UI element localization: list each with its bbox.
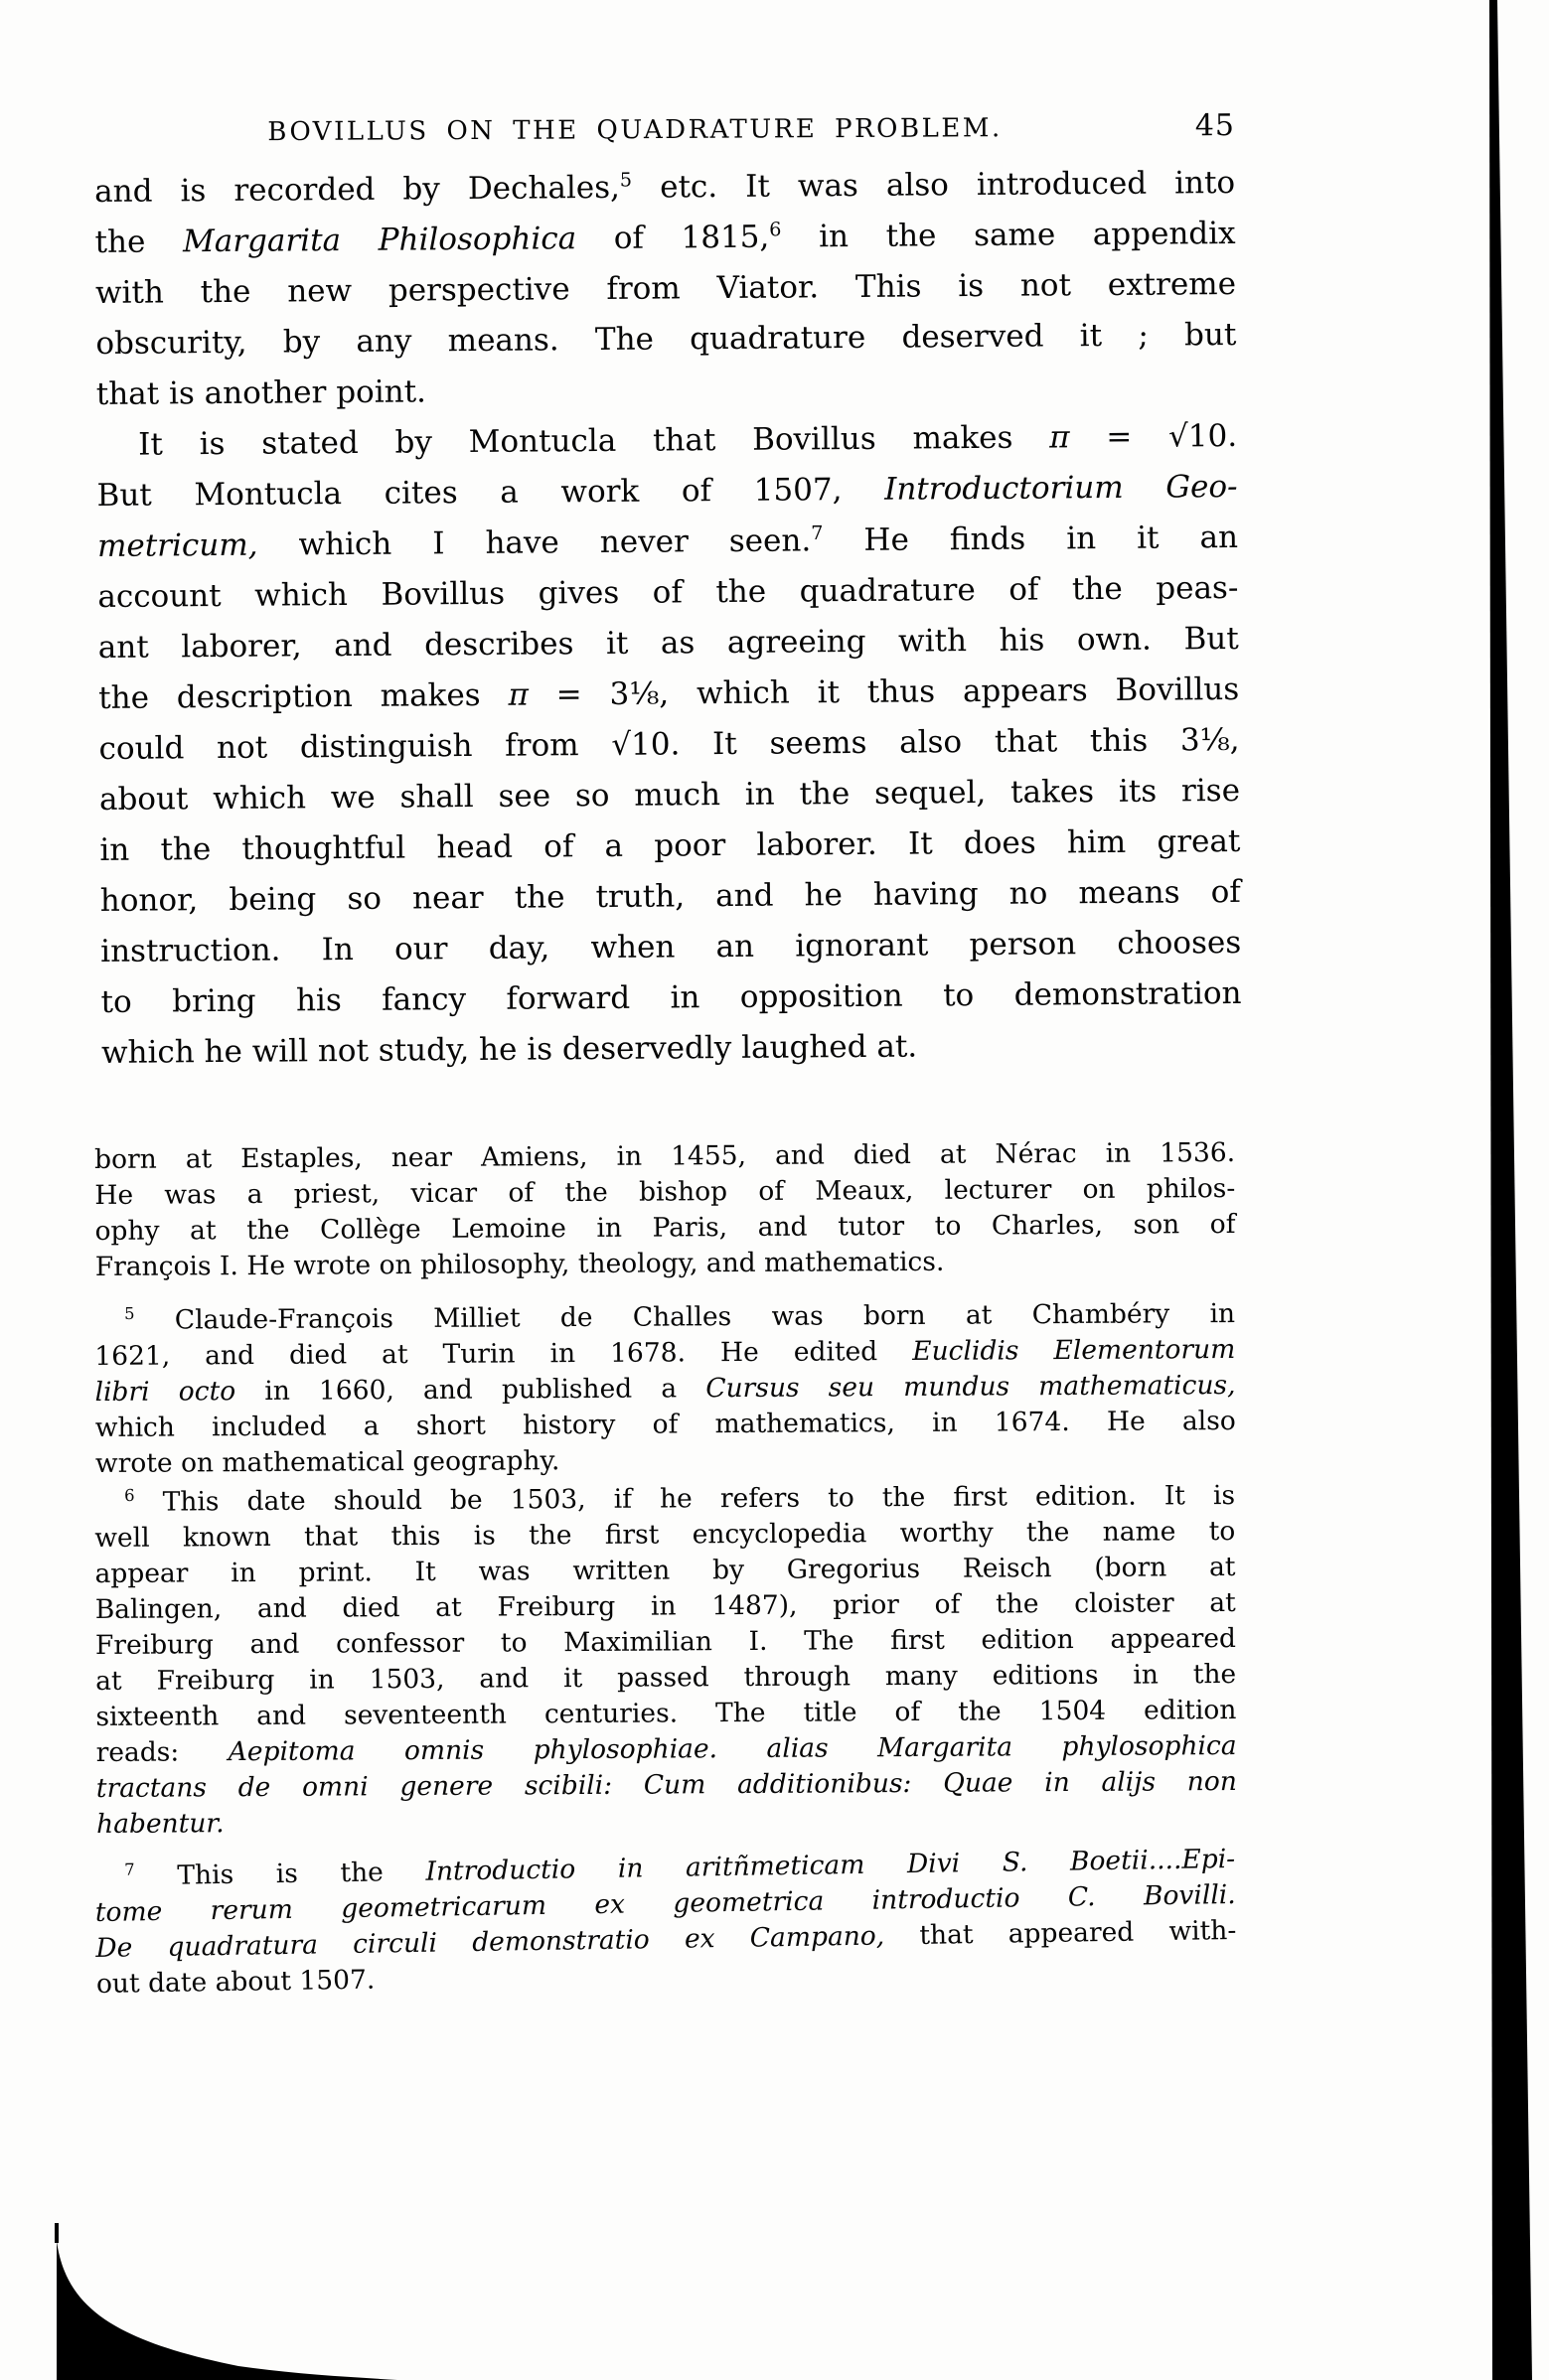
text-line: ophy at the Collège Lemoine in Paris, an…	[94, 1207, 1235, 1250]
text-segment: Introductorium Geo-	[884, 469, 1238, 508]
text-segment: He was a priest, vicar of the bishop of …	[94, 1173, 1235, 1211]
text-segment: π	[508, 677, 529, 713]
text-segment: with the new perspective from Viator. Th…	[95, 266, 1236, 311]
text-line: account which Bovillus gives of the quad…	[97, 563, 1238, 623]
paragraph: 7 This is the Introductio in aritñmetica…	[94, 1842, 1237, 2003]
text-line: in the thoughtful head of a poor laborer…	[99, 817, 1240, 876]
text-segment: = 3⅛, which it thus appears Bovillus	[529, 671, 1240, 713]
text-segment: at Freiburg in 1503, and it passed throu…	[95, 1659, 1236, 1697]
text-segment: Balingen, and died at Freiburg in 1487),…	[95, 1587, 1236, 1625]
text-segment: account which Bovillus gives of the quad…	[97, 570, 1238, 615]
text-line: and is recorded by Dechales,5 etc. It wa…	[94, 158, 1235, 218]
text-line: metricum, which I have never seen.7 He f…	[97, 513, 1238, 572]
text-line: which he will not study, he is deservedl…	[101, 1019, 1242, 1079]
text-segment: Euclidis Elementorum	[912, 1334, 1235, 1367]
paragraph: 6 This date should be 1503, if he refers…	[94, 1478, 1237, 1843]
text-line: François I. He wrote on philosophy, theo…	[95, 1243, 1236, 1285]
text-line: instruction. In our day, when an ignoran…	[100, 918, 1241, 977]
paragraph: 5 Claude-François Milliet de Challes was…	[94, 1296, 1236, 1482]
main-text-block: and is recorded by Dechales,5 etc. It wa…	[94, 158, 1242, 1079]
text-segment: which I have never seen.	[257, 522, 811, 562]
text-line: with the new perspective from Viator. Th…	[95, 259, 1236, 319]
text-segment: ant laborer, and describes it as agreein…	[98, 621, 1239, 666]
text-segment: in the thoughtful head of a poor laborer…	[99, 823, 1240, 868]
text-segment: that appeared with-	[884, 1915, 1237, 1952]
footnote-marker: 7	[811, 521, 823, 544]
text-segment: François I. He wrote on philosophy, theo…	[95, 1247, 945, 1282]
text-segment: ophy at the Collège Lemoine in Paris, an…	[94, 1209, 1235, 1247]
text-segment: in 1660, and published a	[235, 1373, 705, 1407]
text-segment: It is stated by Montucla that Bovillus m…	[138, 419, 1049, 462]
footnote-marker: 5	[620, 168, 632, 191]
text-segment: reads:	[96, 1736, 229, 1768]
text-line: could not distinguish from √10. It seems…	[98, 715, 1239, 775]
text-segment: out date about 1507.	[96, 1965, 376, 2000]
text-line: that is another point.	[96, 361, 1237, 420]
text-segment: Margarita Philosophica	[183, 221, 576, 259]
text-segment: about which we shall see so much in the …	[99, 773, 1240, 818]
text-segment: wrote on mathematical geography.	[95, 1445, 560, 1479]
text-segment: metricum,	[97, 527, 258, 564]
running-head-title: BOVILLUS ON THE QUADRATURE PROBLEM.	[94, 112, 1235, 148]
text-segment: = √10.	[1069, 418, 1237, 455]
text-segment: could not distinguish from √10. It seems…	[98, 722, 1239, 767]
text-segment: born at Estaples, near Amiens, in 1455, …	[94, 1137, 1235, 1175]
text-segment: appear in print. It was written by Grego…	[94, 1552, 1235, 1589]
text-line: It is stated by Montucla that Bovillus m…	[96, 411, 1237, 471]
text-segment: that is another point.	[96, 373, 426, 412]
footnote-marker: 5	[124, 1304, 135, 1323]
text-line: to bring his fancy forward in opposition…	[100, 968, 1241, 1028]
page-header: BOVILLUS ON THE QUADRATURE PROBLEM. 45	[94, 112, 1235, 148]
text-line: ant laborer, and describes it as agreein…	[98, 614, 1239, 673]
text-segment: habentur.	[96, 1808, 225, 1840]
text-segment: This is the	[134, 1857, 425, 1892]
text-line: tractans de omni genere scibili: Cum add…	[96, 1764, 1237, 1807]
text-line: habentur.	[96, 1800, 1237, 1843]
text-segment: But Montucla cites a work of 1507,	[96, 472, 884, 514]
text-segment: to bring his fancy forward in opposition…	[100, 975, 1241, 1020]
paragraph: It is stated by Montucla that Bovillus m…	[96, 411, 1242, 1079]
text-segment: tractans de omni genere scibili: Cum add…	[96, 1766, 1237, 1804]
text-line: the Margarita Philosophica of 1815,6 in …	[94, 209, 1235, 268]
text-segment: Freiburg and confessor to Maximilian I. …	[95, 1623, 1236, 1661]
footnote-continuation: born at Estaples, near Amiens, in 1455, …	[94, 1135, 1236, 1285]
text-segment: honor, being so near the truth, and he h…	[100, 874, 1241, 919]
paragraph: born at Estaples, near Amiens, in 1455, …	[94, 1135, 1236, 1285]
text-segment: well known that this is the first encycl…	[94, 1516, 1235, 1554]
scanned-book-page: BOVILLUS ON THE QUADRATURE PROBLEM. 45 a…	[0, 0, 1549, 2380]
ink-speck	[55, 2223, 59, 2243]
text-line: the description makes π = 3⅛, which it t…	[98, 665, 1239, 724]
ink-blot	[57, 2241, 397, 2380]
text-segment: sixteenth and seventeenth centuries. The…	[95, 1695, 1236, 1732]
text-segment: 1621, and died at Turin in 1678. He edit…	[94, 1336, 912, 1372]
text-segment: and is recorded by Dechales,	[94, 170, 620, 210]
text-segment: of 1815,	[576, 220, 769, 257]
text-segment: the	[94, 223, 183, 260]
text-line: obscurity, by any means. The quadrature …	[95, 310, 1236, 370]
text-segment: Claude-François Milliet de Challes was b…	[134, 1298, 1235, 1336]
text-segment: He finds in it an	[823, 520, 1238, 558]
text-segment: Cursus seu mundus mathematicus,	[705, 1370, 1235, 1404]
text-line: which included a short history of mathem…	[95, 1404, 1236, 1446]
text-segment: Aepitoma omnis phylosophiae. alias Marga…	[229, 1730, 1237, 1767]
text-line: But Montucla cites a work of 1507, Intro…	[96, 462, 1237, 521]
footnote-marker: 6	[769, 218, 781, 240]
text-segment: in the same appendix	[781, 216, 1235, 255]
text-segment: instruction. In our day, when an ignoran…	[100, 925, 1241, 969]
footnote-5: 5 Claude-François Milliet de Challes was…	[94, 1296, 1236, 1482]
text-segment: This date should be 1503, if he refers t…	[134, 1480, 1235, 1518]
page-number: 45	[1195, 108, 1235, 143]
paragraph: and is recorded by Dechales,5 etc. It wa…	[94, 158, 1237, 420]
text-segment: which he will not study, he is deservedl…	[101, 1029, 917, 1071]
footnote-6: 6 This date should be 1503, if he refers…	[94, 1478, 1237, 1843]
text-segment: libri octo	[94, 1376, 235, 1408]
gutter-shadow	[1489, 0, 1532, 2380]
text-segment: the description makes	[98, 677, 509, 716]
text-line: about which we shall see so much in the …	[99, 766, 1240, 825]
text-segment: obscurity, by any means. The quadrature …	[95, 317, 1236, 362]
footnote-7: 7 This is the Introductio in aritñmetica…	[94, 1842, 1237, 2003]
text-segment: π	[1049, 419, 1070, 455]
text-segment: etc. It was also introduced into	[632, 165, 1235, 206]
text-line: honor, being so near the truth, and he h…	[100, 867, 1241, 927]
text-segment: which included a short history of mathem…	[95, 1406, 1236, 1443]
text-line: wrote on mathematical geography.	[95, 1439, 1236, 1482]
footnote-marker: 6	[124, 1486, 135, 1505]
